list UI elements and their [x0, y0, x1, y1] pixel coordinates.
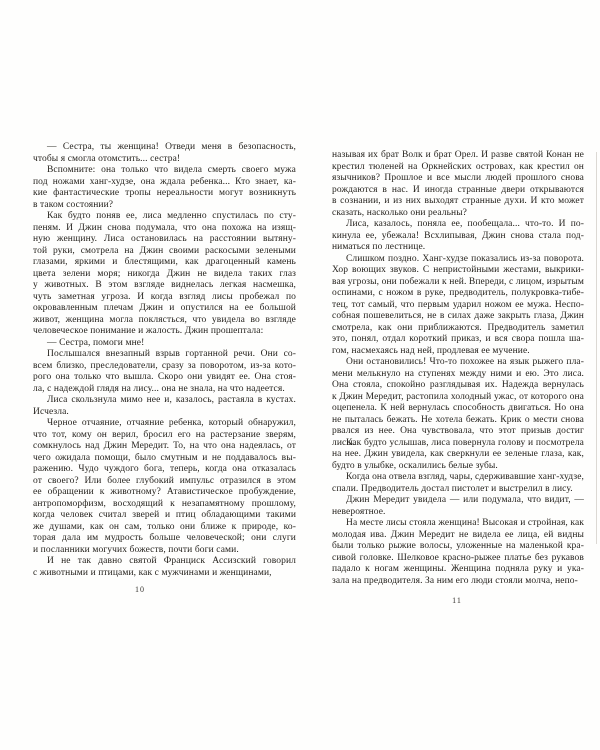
paragraph: Как будто поняв ее, лиса медленно спусти…	[33, 211, 296, 338]
paragraph: На месте лисы стояла женщина! Высокая и …	[332, 518, 584, 587]
text-line: это, понял, отдал короткий приказ, и вся…	[332, 334, 584, 346]
paragraph: Послышался внезапный взрыв гортанной реч…	[33, 349, 296, 395]
text-line: кинула ее, убежала! Всхлипывая, Джин сно…	[332, 231, 584, 243]
text-line: под ножами ханг-худзе, она ждала ребенка…	[33, 177, 296, 189]
text-line: что тот, кому он верил, бросил его на ра…	[33, 430, 296, 442]
text-line: Послышался внезапный взрыв гортанной реч…	[33, 349, 296, 361]
text-line: оспинами, с ножом в руке, предводитель, …	[332, 288, 584, 300]
text-line: крестил тюленей на Оркнейских островах, …	[332, 162, 584, 174]
paragraph: Слишком поздно. Ханг-худзе показались из…	[332, 254, 584, 358]
text-line: зала на предводителя. За ним его люди ст…	[332, 576, 584, 588]
paragraph: Они остановились! Что-то похожее на язык…	[332, 357, 584, 438]
text-line: ее обращении к животному? Атавистическое…	[33, 487, 296, 499]
text-line: — Сестра, ты женщина! Отведи меня в безо…	[33, 142, 296, 154]
text-line: гом, насмехаясь над ней, продлевая ее му…	[332, 346, 584, 358]
text-line: ниматься по лестнице.	[332, 242, 584, 254]
paragraph: — Сестра, помоги мне!	[33, 338, 296, 350]
text-line: Когда она отвела взгляд, чары, сдерживав…	[332, 472, 584, 484]
text-line: Джин Мередит увидела — или подумала, что…	[332, 495, 584, 507]
text-line: язычников? Прошлое и все мысли людей про…	[332, 173, 584, 185]
text-line: человеческое понимание и жалость. Джин п…	[33, 326, 296, 338]
paragraph: Когда она отвела взгляд, чары, сдерживав…	[332, 472, 584, 495]
text-line: рого она только что вышла. Скоро они уви…	[33, 372, 296, 384]
text-line: Лиса, казалось, поняла ее, пообещала... …	[332, 219, 584, 231]
text-line: оцепенела. К ней вернулась способность д…	[332, 403, 584, 415]
text-line: с животными и птицами, как с мужчинами и…	[33, 568, 296, 580]
text-line: всем близко, преследователи, сразу за по…	[33, 361, 296, 373]
text-line: на нее. Джин увидела, как сверкнули ее з…	[332, 449, 584, 461]
text-line: На месте лисы стояла женщина! Высокая и …	[332, 518, 584, 530]
text-line: сказать, насколько они реальны?	[332, 208, 584, 220]
text-line: Исчезла.	[33, 407, 296, 419]
text-line: Слишком поздно. Ханг-худзе показались из…	[332, 254, 584, 266]
text-line: чтобы я смогла отомстить... сестра!	[33, 154, 296, 166]
text-line: спали. Предводитель достал пистолет и вы…	[332, 484, 584, 496]
text-line: цвета зелени моря; никогда Джин не видел…	[33, 269, 296, 281]
text-line: ражению. Чудо чуждого бога, теперь, когд…	[33, 464, 296, 476]
text-line: антропоморфизм, восходящий к незапамятно…	[33, 499, 296, 511]
text-line: собная пошевелиться, не в силах даже зак…	[332, 311, 584, 323]
text-line: от своего? Или более глубокий импульс от…	[33, 476, 296, 488]
paragraph: Как будто услышав, лиса повернула голову…	[332, 438, 584, 473]
text-line: у животных. В этом взгляде виднелась лег…	[33, 280, 296, 292]
text-line: тец, тот самый, что первым ударил ножом …	[332, 300, 584, 312]
text-line: той руки, смотрела на Джин своими раскос…	[33, 246, 296, 258]
paragraph: Лиса скользнула мимо нее и, казалось, ра…	[33, 395, 296, 418]
text-line: пеням. И Джин снова подумала, что она по…	[33, 223, 296, 235]
text-line: сивой головке. Шелковое красно-рыжее пла…	[332, 553, 584, 565]
text-line: же душами, как он сам, только они ближе …	[33, 522, 296, 534]
text-line: Как будто поняв ее, лиса медленно спусти…	[33, 211, 296, 223]
text-line: сомкнулось над Джин Мередит. То, на что …	[33, 441, 296, 453]
text-line: Они остановились! Что-то похожее на язык…	[332, 357, 584, 369]
book-spread: — Сестра, ты женщина! Отведи меня в безо…	[0, 0, 600, 750]
page-left-text: — Сестра, ты женщина! Отведи меня в безо…	[33, 142, 296, 579]
text-line: будто в улыбке, оскалились белые зубы.	[332, 461, 584, 473]
text-line: чуть заметная угроза. И когда взгляд лис…	[33, 292, 296, 304]
page-edge-line	[596, 152, 597, 544]
text-line: и посланники могучих божеств, почти боги…	[33, 545, 296, 557]
text-line: в сознании, и из них выходят странные ду…	[332, 196, 584, 208]
page-number-right: 11	[437, 596, 477, 605]
page-number-left: 10	[120, 585, 160, 594]
text-line: смотрела, как они приближаются. Предводи…	[332, 323, 584, 335]
paragraph: И не так давно святой Франциск Ассизский…	[33, 556, 296, 579]
text-line: чего ожидала помощи, было смутным и не п…	[33, 453, 296, 465]
paragraph: Джин Мередит увидела — или подумала, что…	[332, 495, 584, 518]
paragraph: Лиса, казалось, поняла ее, пообещала... …	[332, 219, 584, 254]
paragraph: Вспомните: она только что видела смерть …	[33, 165, 296, 211]
page-right-text: называя их брат Волк и брат Орел. И разв…	[332, 150, 584, 587]
text-line: Лиса скользнула мимо нее и, казалось, ра…	[33, 395, 296, 407]
text-line: в таком состоянии?	[33, 200, 296, 212]
text-line: Вспомните: она только что видела смерть …	[33, 165, 296, 177]
text-line: Хор воющих звуков. С непристойными жеста…	[332, 265, 584, 277]
paragraph: Черное отчаяние, отчаяние ребенка, котор…	[33, 418, 296, 556]
text-line: молодая ива. Джин Мередит не видела ее л…	[332, 530, 584, 542]
text-line: к Джин Мередит, растопила холодный ужас,…	[332, 392, 584, 404]
text-line: окровавленным плечам Джин и опустился на…	[33, 303, 296, 315]
text-line: глазами, яркими и блестящими, как драгоц…	[33, 257, 296, 269]
text-line: Как будто услышав, лиса повернула голову…	[332, 438, 584, 450]
text-line: Черное отчаяние, отчаяние ребенка, котор…	[33, 418, 296, 430]
text-line: ла, с надеждой глядя на лису... она не з…	[33, 384, 296, 396]
paragraph: называя их брат Волк и брат Орел. И разв…	[332, 150, 584, 219]
text-line: мени мелькнуло на ступенях между ними и …	[332, 369, 584, 381]
text-line: были только рыжие волосы, уложенные на м…	[332, 541, 584, 553]
text-line: падало к ногам женщины. Женщина подняла …	[332, 564, 584, 576]
text-line: не пыталась бежать. Не хотела бежать. Кр…	[332, 415, 584, 427]
text-line: живот, женщина могла поклясться, что уви…	[33, 315, 296, 327]
text-line: — Сестра, помоги мне!	[33, 338, 296, 350]
text-line: рождаются в нас. И иногда странные двери…	[332, 185, 584, 197]
text-line: ную женщину. Лиса остановилась на рассто…	[33, 234, 296, 246]
text-line: И не так давно святой Франциск Ассизский…	[33, 556, 296, 568]
paragraph: — Сестра, ты женщина! Отведи меня в безо…	[33, 142, 296, 165]
text-line: рвался из нее. Она чувствовала, что этот…	[332, 426, 584, 438]
text-line: когда человек считал зверей и птиц облад…	[33, 510, 296, 522]
text-line: вая угрозы, они побежали к ней. Впереди,…	[332, 277, 584, 289]
text-line: называя их брат Волк и брат Орел. И разв…	[332, 150, 584, 162]
text-line: торая дала им мудрость больше человеческ…	[33, 533, 296, 545]
text-line: кие фантастические тропы нереальности мо…	[33, 188, 296, 200]
text-line: Она стояла, спокойно разглядывая их. Над…	[332, 380, 584, 392]
text-line: невероятное.	[332, 507, 584, 519]
